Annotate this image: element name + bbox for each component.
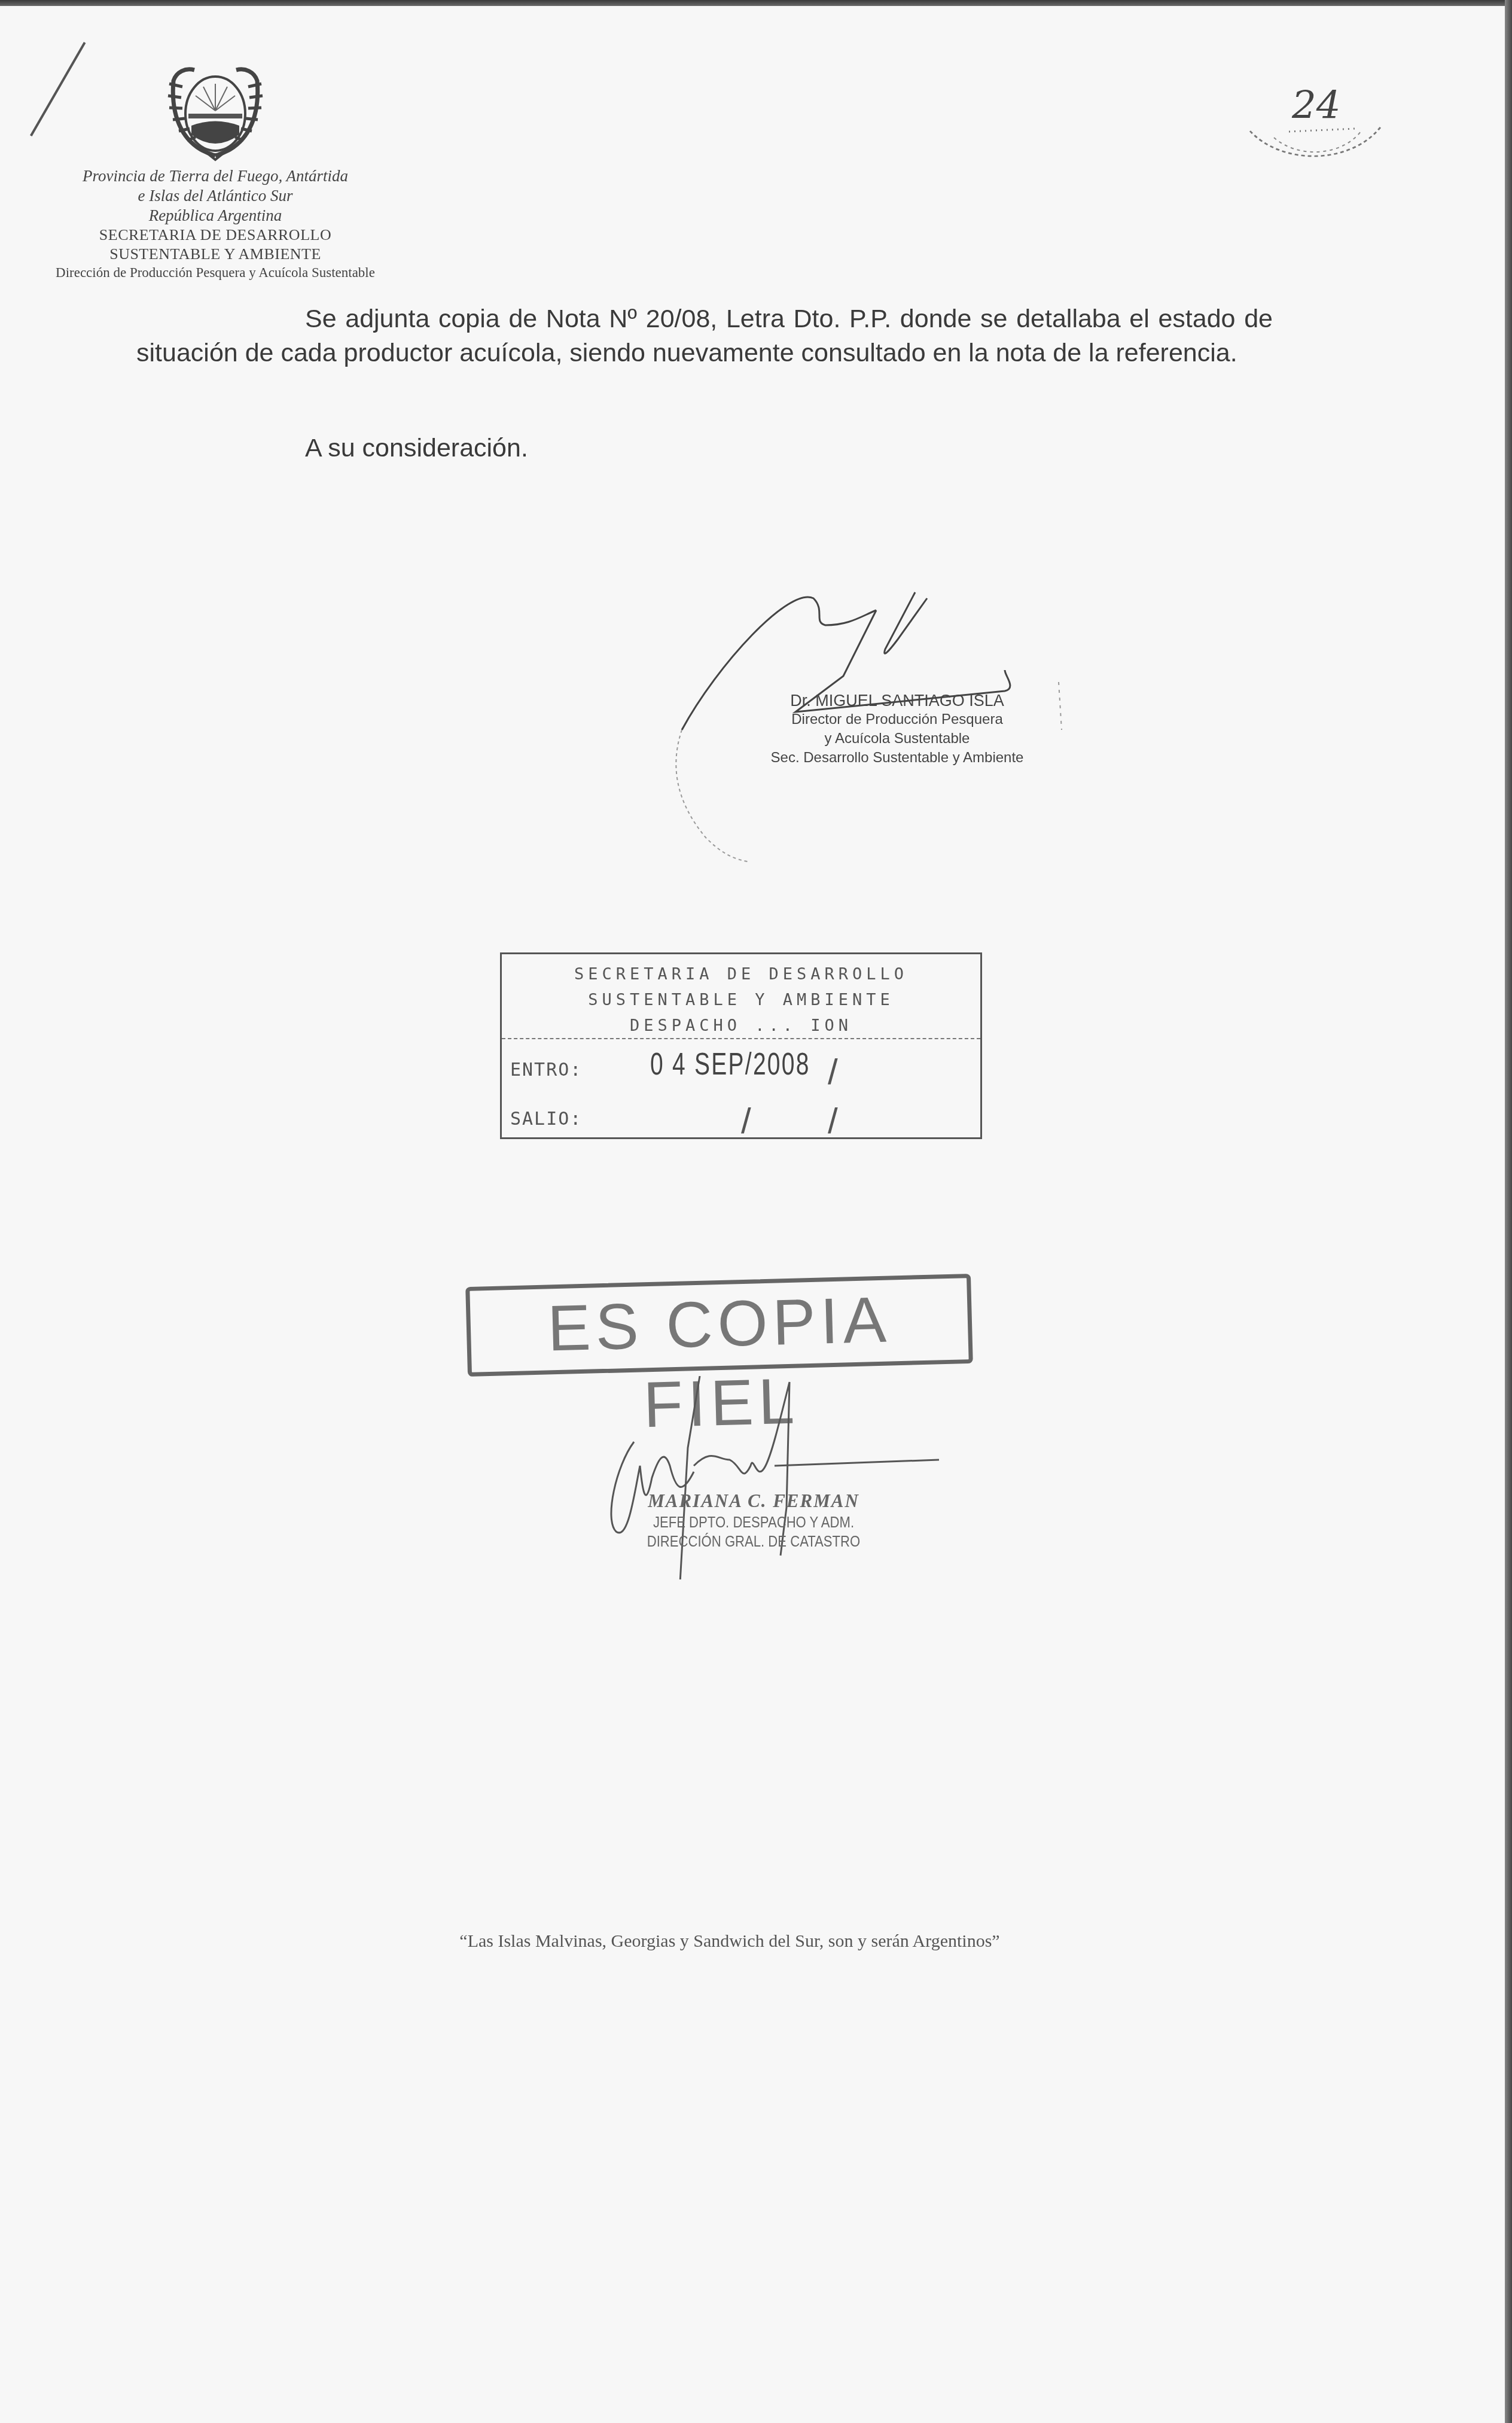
signature-block-certifier: MARIANA C. FERMAN JEFE DPTO. DESPACHO Y … [592, 1376, 975, 1579]
stamp-header-line-1: SECRETARIA DE DESARROLLO [502, 961, 980, 987]
certifier-title-line-2: DIRECCIÓN GRAL. DE CATASTRO [647, 1532, 861, 1551]
salio-label: SALIO: [510, 1109, 582, 1130]
body-paragraph-text: Se adjunta copia de Nota Nº 20/08, Letra… [136, 302, 1273, 370]
date-separator: / [741, 1100, 752, 1142]
scan-right-edge [1505, 0, 1512, 2423]
footer-motto: “Las Islas Malvinas, Georgias y Sandwich… [0, 1931, 1459, 1952]
letterhead-province-line-1: Provincia de Tierra del Fuego, Antártida [24, 166, 407, 186]
scan-top-edge [0, 0, 1512, 6]
entro-label: ENTRO: [510, 1060, 582, 1080]
certifier-title-line-1: JEFE DPTO. DESPACHO Y ADM. [647, 1512, 861, 1532]
coat-of-arms-icon [158, 57, 272, 162]
letterhead-country: República Argentina [24, 206, 407, 226]
stamp-row-entro: ENTRO: 0 4 SEP/2008 / [502, 1039, 980, 1088]
signatory-title-line-3: Sec. Desarrollo Sustentable y Ambiente [766, 748, 1029, 768]
letterhead-department: Dirección de Producción Pesquera y Acuíc… [24, 264, 407, 282]
letterhead-secretariat-line-2: SUSTENTABLE Y AMBIENTE [24, 245, 407, 264]
letterhead-province-line-2: e Islas del Atlántico Sur [24, 186, 407, 206]
certifier-name: MARIANA C. FERMAN [628, 1490, 879, 1512]
body-paragraph: Se adjunta copia de Nota Nº 20/08, Letra… [136, 302, 1273, 370]
letterhead: Provincia de Tierra del Fuego, Antártida… [24, 57, 407, 282]
stamp-header-line-3: DESPACHO ... ION [502, 1013, 980, 1039]
signatory-title-line-2: y Acuícola Sustentable [766, 729, 1029, 748]
reception-stamp: SECRETARIA DE DESARROLLO SUSTENTABLE Y A… [500, 952, 982, 1139]
reception-stamp-header: SECRETARIA DE DESARROLLO SUSTENTABLE Y A… [502, 954, 980, 1039]
letterhead-secretariat-line-1: SECRETARIA DE DESARROLLO [24, 226, 407, 245]
date-separator: / [828, 1051, 839, 1092]
stamp-row-salio: SALIO: / / [502, 1088, 980, 1137]
entro-date: 0 4 SEP/2008 [650, 1046, 810, 1082]
date-separator: / [828, 1100, 839, 1142]
signature-block-director: Dr. MIGUEL SANTIAGO ISLA Director de Pro… [670, 574, 1077, 873]
folio-number: 24 [1292, 84, 1340, 128]
stamp-header-line-2: SUSTENTABLE Y AMBIENTE [502, 987, 980, 1013]
folio-stamp: 24 [1220, 66, 1400, 179]
certified-copy-stamp: ES COPIA FIEL [465, 1274, 973, 1377]
signatory-name: Dr. MIGUEL SANTIAGO ISLA [766, 691, 1029, 710]
signatory-title-line-1: Director de Producción Pesquera [766, 710, 1029, 729]
closing-line: A su consideración. [305, 434, 528, 463]
